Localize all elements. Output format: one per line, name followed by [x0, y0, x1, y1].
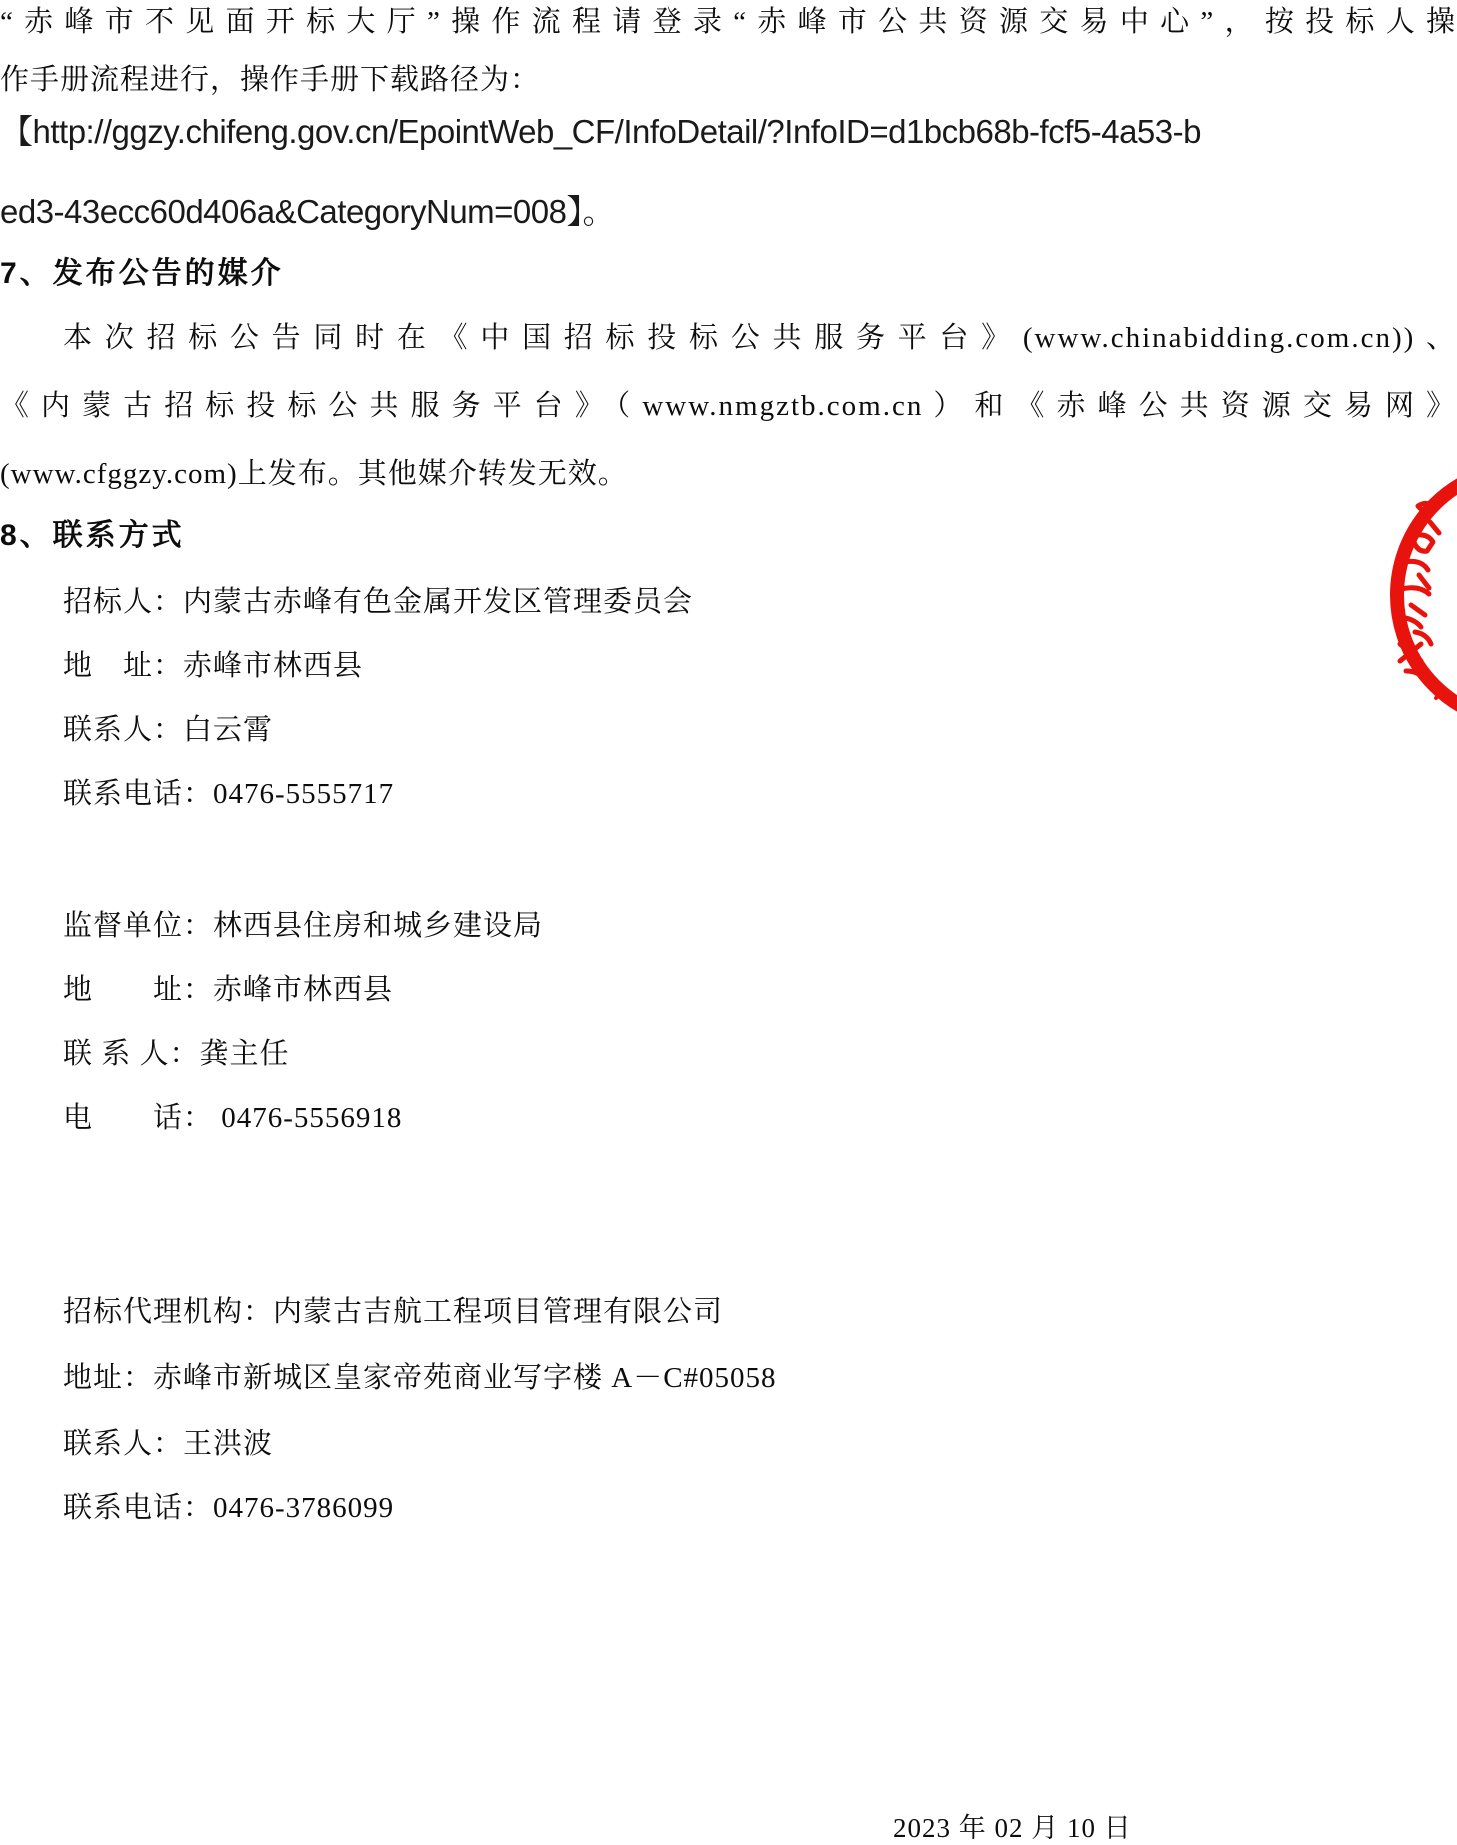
- supervisor-name: 监督单位：林西县住房和城乡建设局: [0, 906, 1457, 946]
- tenderer-phone: 联系电话：0476-5555717: [0, 774, 1457, 814]
- agency-address: 地址：赤峰市新城区皇家帝苑商业写字楼 A－C#05058: [0, 1358, 1457, 1398]
- manual-url-line-2: ed3-43ecc60d406a&CategoryNum=008】。: [0, 192, 1457, 232]
- section-7-line-1: 本次招标公告同时在《中国招标投标公共服务平台》(www.chinabidding…: [0, 318, 1457, 358]
- agency-contact: 联系人：王洪波: [0, 1424, 1457, 1464]
- section-7-heading: 7、发布公告的媒介: [0, 254, 1457, 294]
- section-8-heading: 8、联系方式: [0, 516, 1457, 556]
- section-7-line-3: (www.cfggzy.com)上发布。其他媒介转发无效。: [0, 454, 1457, 494]
- section-7-line-2: 《内蒙古招标投标公共服务平台》（www.nmgztb.com.cn）和《赤峰公共…: [0, 386, 1457, 426]
- official-seal-stamp-icon: [1384, 474, 1457, 718]
- intro-line-2: 作手册流程进行，操作手册下载路径为：: [0, 60, 1457, 100]
- supervisor-contact: 联 系 人：龚主任: [0, 1034, 1457, 1074]
- tenderer-name: 招标人：内蒙古赤峰有色金属开发区管理委员会: [0, 582, 1457, 622]
- document-date: 2023 年 02 月 10 日: [893, 1806, 1132, 1845]
- supervisor-address: 地 址：赤峰市林西县: [0, 970, 1457, 1010]
- supervisor-phone: 电 话： 0476-5556918: [0, 1098, 1457, 1138]
- agency-phone: 联系电话：0476-3786099: [0, 1488, 1457, 1528]
- intro-line-1: “赤峰市不见面开标大厅”操作流程请登录“赤峰市公共资源交易中心”，按投标人操: [0, 2, 1457, 42]
- tenderer-address: 地 址：赤峰市林西县: [0, 646, 1457, 686]
- tenderer-contact: 联系人：白云霄: [0, 710, 1457, 750]
- agency-name: 招标代理机构：内蒙古吉航工程项目管理有限公司: [0, 1292, 1457, 1332]
- manual-url-line-1: 【http://ggzy.chifeng.gov.cn/EpointWeb_CF…: [0, 112, 1457, 152]
- document-page: “赤峰市不见面开标大厅”操作流程请登录“赤峰市公共资源交易中心”，按投标人操 作…: [0, 0, 1457, 1845]
